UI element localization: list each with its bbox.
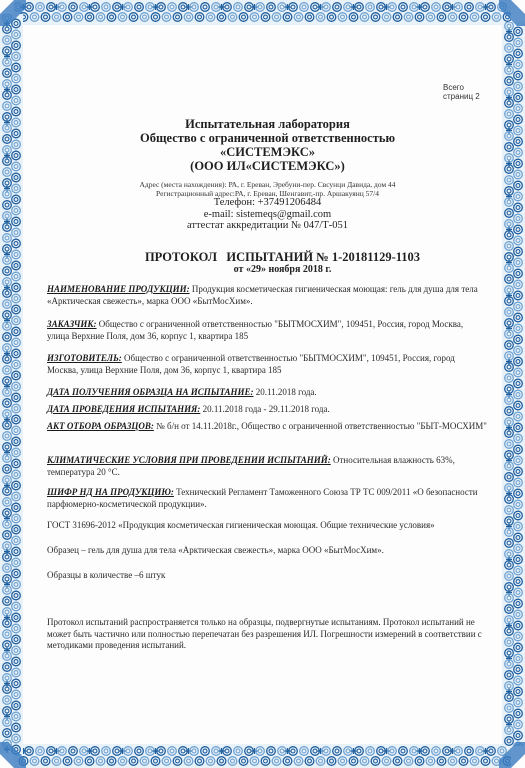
ornament-border-bottom	[14, 744, 511, 768]
section-label: ЗАКАЗЧИК:	[47, 319, 97, 329]
section-customer: ЗАКАЗЧИК: Общество с ограниченной ответс…	[47, 319, 487, 342]
ornament-border-right	[502, 22, 525, 746]
section-label: АКТ ОТБОРА ОБРАЗЦОВ:	[47, 421, 154, 431]
accreditation: аттестат аккредитации № 047/Т-051	[40, 220, 495, 232]
protocol-number: ПРОТОКОЛ ИСПЫТАНИЙ № 1-20181129-1103	[40, 250, 495, 264]
section-label: ИЗГОТОВИТЕЛЬ:	[47, 353, 122, 363]
ornament-corner-icon	[0, 742, 26, 768]
ornament-border-top	[14, 0, 511, 25]
lab-address: Адрес (места нахождения): РА, г. Ереван,…	[40, 180, 495, 198]
lab-header: Испытательная лаборатория Общество с огр…	[40, 117, 495, 173]
section-climate-conditions: КЛИМАТИЧЕСКИЕ УСЛОВИЯ ПРИ ПРОВЕДЕНИИ ИСП…	[47, 455, 487, 478]
section-sampling-act: АКТ ОТБОРА ОБРАЗЦОВ: № б/н от 14.11.2018…	[47, 421, 487, 433]
section-manufacturer: ИЗГОТОВИТЕЛЬ: Общество с ограниченной от…	[47, 353, 487, 376]
email: e-mail: sistemeqs@gmail.com	[40, 209, 495, 221]
disclaimer-paragraph: Протокол испытаний распространяется толь…	[47, 617, 487, 652]
section-text: 20.11.2018 года - 29.11.2018 года.	[200, 404, 329, 414]
location-address: Адрес (места нахождения): РА, г. Ереван,…	[40, 180, 495, 189]
section-regulatory-code: ШИФР НД НА ПРОДУКЦИЮ: Технический Реглам…	[47, 487, 487, 510]
gost-paragraph: ГОСТ 31696-2012 «Продукция косметическая…	[47, 520, 487, 532]
phone: Телефон: +37491206484	[40, 197, 495, 209]
document-page: Всего страниц 2 Испытательная лаборатори…	[0, 0, 525, 768]
section-label: КЛИМАТИЧЕСКИЕ УСЛОВИЯ ПРИ ПРОВЕДЕНИИ ИСП…	[47, 455, 331, 465]
section-text: № б/н от 14.11.2018г., Общество с ограни…	[154, 421, 487, 431]
lab-short-name: (ООО ИЛ«СИСТЕМЭКС»)	[40, 159, 495, 173]
section-label: ДАТА ПОЛУЧЕНИЯ ОБРАЗЦА НА ИСПЫТАНИЕ:	[47, 387, 253, 397]
ornament-corner-icon	[499, 742, 525, 768]
lab-org-type: Общество с ограниченной ответственностью	[40, 131, 495, 145]
pages-total: Всего страниц 2	[443, 83, 495, 101]
ornament-border-left	[0, 14, 23, 754]
section-test-dates: ДАТА ПРОВЕДЕНИЯ ИСПЫТАНИЯ: 20.11.2018 го…	[47, 404, 487, 416]
sample-paragraph: Образец – гель для душа для тела «Арктич…	[47, 545, 487, 557]
section-text: 20.11.2018 года.	[253, 387, 316, 397]
lab-contacts: Телефон: +37491206484 e-mail: sistemeqs@…	[40, 197, 495, 232]
section-label: ШИФР НД НА ПРОДУКЦИЮ:	[47, 487, 174, 497]
section-receipt-date: ДАТА ПОЛУЧЕНИЯ ОБРАЗЦА НА ИСПЫТАНИЕ: 20.…	[47, 387, 487, 399]
lab-name: Испытательная лаборатория	[40, 117, 495, 131]
protocol-date: от «29» ноября 2018 г.	[40, 264, 495, 276]
quantity-paragraph: Образцы в количестве –6 штук	[47, 570, 487, 582]
section-product-name: НАИМЕНОВАНИЕ ПРОДУКЦИИ: Продукция космет…	[47, 284, 487, 307]
section-label: НАИМЕНОВАНИЕ ПРОДУКЦИИ:	[47, 284, 190, 294]
section-label: ДАТА ПРОВЕДЕНИЯ ИСПЫТАНИЯ:	[47, 404, 200, 414]
section-text: Общество с ограниченной ответственностью…	[47, 319, 463, 341]
protocol-title: ПРОТОКОЛ ИСПЫТАНИЙ № 1-20181129-1103 от …	[40, 250, 495, 276]
ornament-corner-icon	[499, 0, 525, 26]
lab-org-name: «СИСТЕМЭКС»	[40, 145, 495, 159]
ornament-corner-icon	[0, 0, 26, 26]
